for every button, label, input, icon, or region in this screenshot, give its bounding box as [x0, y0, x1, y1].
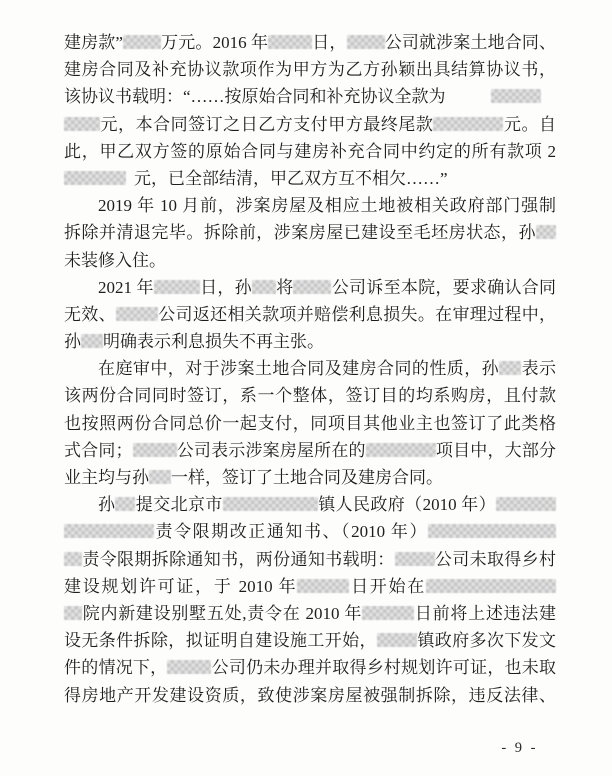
redacted-text	[347, 35, 385, 49]
redacted-text	[149, 470, 171, 484]
redacted-text	[133, 443, 177, 457]
text-run: 项目中，大部分	[436, 441, 556, 460]
text-run: 公司诉至本院，要求确认合同	[331, 278, 556, 297]
text-run: 公司表示涉案房屋所在的	[177, 441, 366, 460]
text-run: 该两份合同同时签订，系一个整体，签订目的均系购房，且付款	[64, 386, 556, 405]
redacted-text	[252, 280, 276, 294]
redacted-text	[362, 606, 414, 620]
text-run: 建房款”	[64, 33, 123, 52]
text-run: 业主均与孙	[64, 468, 149, 487]
redacted-text	[123, 35, 161, 49]
redacted-text	[64, 524, 154, 538]
redacted-text	[64, 171, 126, 185]
text-line: 建设规划许可证，于 2010 年日开始在	[64, 573, 556, 600]
text-line: 建房合同及补充协议款项作为甲方为乙方孙颖出具结算协议书，	[64, 56, 556, 83]
redacted-text	[395, 552, 435, 566]
text-line: 件的情况下，公司仍未办理并取得乡村规划许可证，也未取	[64, 654, 556, 681]
document-page: 建房款”万元。2016 年日，公司就涉案土地合同、建房合同及补充协议款项作为甲方…	[0, 0, 612, 776]
page-number: - 9 -	[501, 740, 538, 757]
redacted-text	[167, 660, 211, 674]
redacted-text	[499, 361, 521, 375]
text-line: 院内新建设别墅五处,责令在 2010 年日前将上述违法建	[64, 600, 556, 627]
text-line: 此，甲乙双方签的原始合同与建房补充合同中约定的所有款项 2	[64, 138, 556, 165]
redacted-text	[64, 552, 82, 566]
text-run: 日开始在	[349, 577, 426, 596]
text-run: 责令限期改正通知书、（2010 年）	[154, 522, 428, 541]
text-run: 设无条件拆除，拟证明自建设施工开始，	[64, 631, 377, 650]
spacer	[126, 183, 134, 184]
text-run: 此，甲乙双方签的原始合同与建房补充合同中约定的所有款项 2	[64, 142, 556, 161]
text-line: 业主均与孙一样，签订了土地合同及建房合同。	[64, 464, 556, 491]
text-line: 责令限期拆除通知书，两份通知书载明：公司未取得乡村	[64, 546, 556, 573]
text-run: 元，本合同签订之日乙方支付甲方最终尾款	[100, 115, 433, 134]
redacted-text	[426, 579, 556, 593]
redacted-text	[536, 225, 556, 239]
text-line: 2021 年日，孙将公司诉至本院，要求确认合同	[64, 274, 556, 301]
text-run: 式合同；	[64, 441, 133, 460]
text-line: 式合同；公司表示涉案房屋所在的项目中，大部分	[64, 437, 556, 464]
redacted-text	[293, 280, 331, 294]
text-line: 孙明确表示利息损失不再主张。	[64, 328, 556, 355]
redacted-text	[64, 606, 82, 620]
redacted-text	[64, 117, 100, 131]
text-run: 2019 年 10 月前，涉案房屋及相应土地被相关政府部门强制	[98, 196, 556, 215]
text-run: 镇政府多次下发文	[417, 631, 556, 650]
text-run: 日，	[312, 33, 346, 52]
text-run: 得房地产开发建设资质，致使涉案房屋被强制拆除，违反法律、	[64, 686, 556, 705]
text-run: 也按照两份合同总价一起支付，同项目其他业主也签订了此类格	[64, 414, 556, 433]
redacted-text	[366, 443, 436, 457]
text-run: 公司返还相关款项并赔偿利息损失。在审理过程中，	[158, 305, 556, 324]
text-line: 孙提交北京市镇人民政府（2010 年）	[64, 491, 556, 518]
text-run: 孙	[64, 332, 81, 351]
text-run: 孙	[98, 495, 115, 514]
text-line: 该协议书载明：“……按原始合同和补充协议全款为	[64, 83, 556, 110]
document-body: 建房款”万元。2016 年日，公司就涉案土地合同、建房合同及补充协议款项作为甲方…	[64, 29, 556, 709]
text-line: 元，本合同签订之日乙方支付甲方最终尾款元。自	[64, 111, 556, 138]
redacted-text	[116, 307, 158, 321]
text-run: 建设规划许可证，于 2010 年	[64, 577, 297, 596]
text-run: 将	[276, 278, 294, 297]
redacted-text	[154, 280, 200, 294]
text-run: 提交北京市	[135, 495, 222, 514]
text-run: 公司仍未办理并取得乡村规划许可证，也未取	[211, 658, 556, 677]
text-line: 在庭审中，对于涉案土地合同及建房合同的性质，孙表示	[64, 355, 556, 382]
redacted-text	[433, 117, 503, 131]
text-line: 也按照两份合同总价一起支付，同项目其他业主也签订了此类格	[64, 410, 556, 437]
text-run: 该协议书载明：“……按原始合同和补充协议全款为	[64, 87, 446, 106]
text-run: 责令限期拆除通知书，两份通知书载明：	[82, 550, 395, 569]
redacted-text	[268, 35, 312, 49]
text-line: 未装修入住。	[64, 247, 556, 274]
text-run: 日，孙	[200, 278, 252, 297]
text-run: 一样，签订了土地合同及建房合同。	[171, 468, 443, 487]
text-run: 无效、	[64, 305, 116, 324]
text-line: 建房款”万元。2016 年日，公司就涉案土地合同、	[64, 29, 556, 56]
text-line: 该两份合同同时签订，系一个整体，签订目的均系购房，且付款	[64, 382, 556, 409]
text-line: 拆除并清退完毕。拆除前，涉案房屋已建设至毛坯房状态，孙	[64, 219, 556, 246]
redacted-text	[491, 89, 541, 103]
text-run: 件的情况下，	[64, 658, 167, 677]
text-run: 表示	[521, 359, 556, 378]
text-run: 院内新建设别墅五处,责令在 2010 年	[82, 604, 362, 623]
text-run: 镇人民政府（2010 年）	[318, 495, 496, 514]
redacted-text	[377, 633, 417, 647]
redacted-text	[81, 334, 103, 348]
spacer	[446, 101, 491, 102]
text-run: 万元。2016 年	[161, 33, 268, 52]
redacted-text	[297, 579, 349, 593]
text-run: 公司未取得乡村	[435, 550, 556, 569]
redacted-text	[428, 524, 556, 538]
text-run: 元。自	[503, 115, 556, 134]
text-line: 设无条件拆除，拟证明自建设施工开始，镇政府多次下发文	[64, 627, 556, 654]
text-run: 2021 年	[98, 278, 154, 297]
text-line: 责令限期改正通知书、（2010 年）	[64, 518, 556, 545]
text-line: 2019 年 10 月前，涉案房屋及相应土地被相关政府部门强制	[64, 192, 556, 219]
text-run: 元，已全部结清，甲乙双方互不相欠……”	[134, 169, 448, 188]
redacted-text	[223, 497, 318, 511]
text-run: 在庭审中，对于涉案土地合同及建房合同的性质，孙	[98, 359, 499, 378]
redacted-text	[115, 497, 135, 511]
redacted-text	[496, 497, 556, 511]
text-line: 无效、公司返还相关款项并赔偿利息损失。在审理过程中，	[64, 301, 556, 328]
text-line: 得房地产开发建设资质，致使涉案房屋被强制拆除，违反法律、	[64, 682, 556, 709]
text-run: 公司就涉案土地合同、	[385, 33, 556, 52]
text-run: 拆除并清退完毕。拆除前，涉案房屋已建设至毛坯房状态，孙	[64, 223, 536, 242]
text-run: 日前将上述违法建	[414, 604, 556, 623]
text-run: 明确表示利息损失不再主张。	[103, 332, 324, 351]
text-line: 元，已全部结清，甲乙双方互不相欠……”	[64, 165, 556, 192]
text-run: 未装修入住。	[64, 251, 166, 270]
text-run: 建房合同及补充协议款项作为甲方为乙方孙颖出具结算协议书，	[64, 60, 556, 79]
